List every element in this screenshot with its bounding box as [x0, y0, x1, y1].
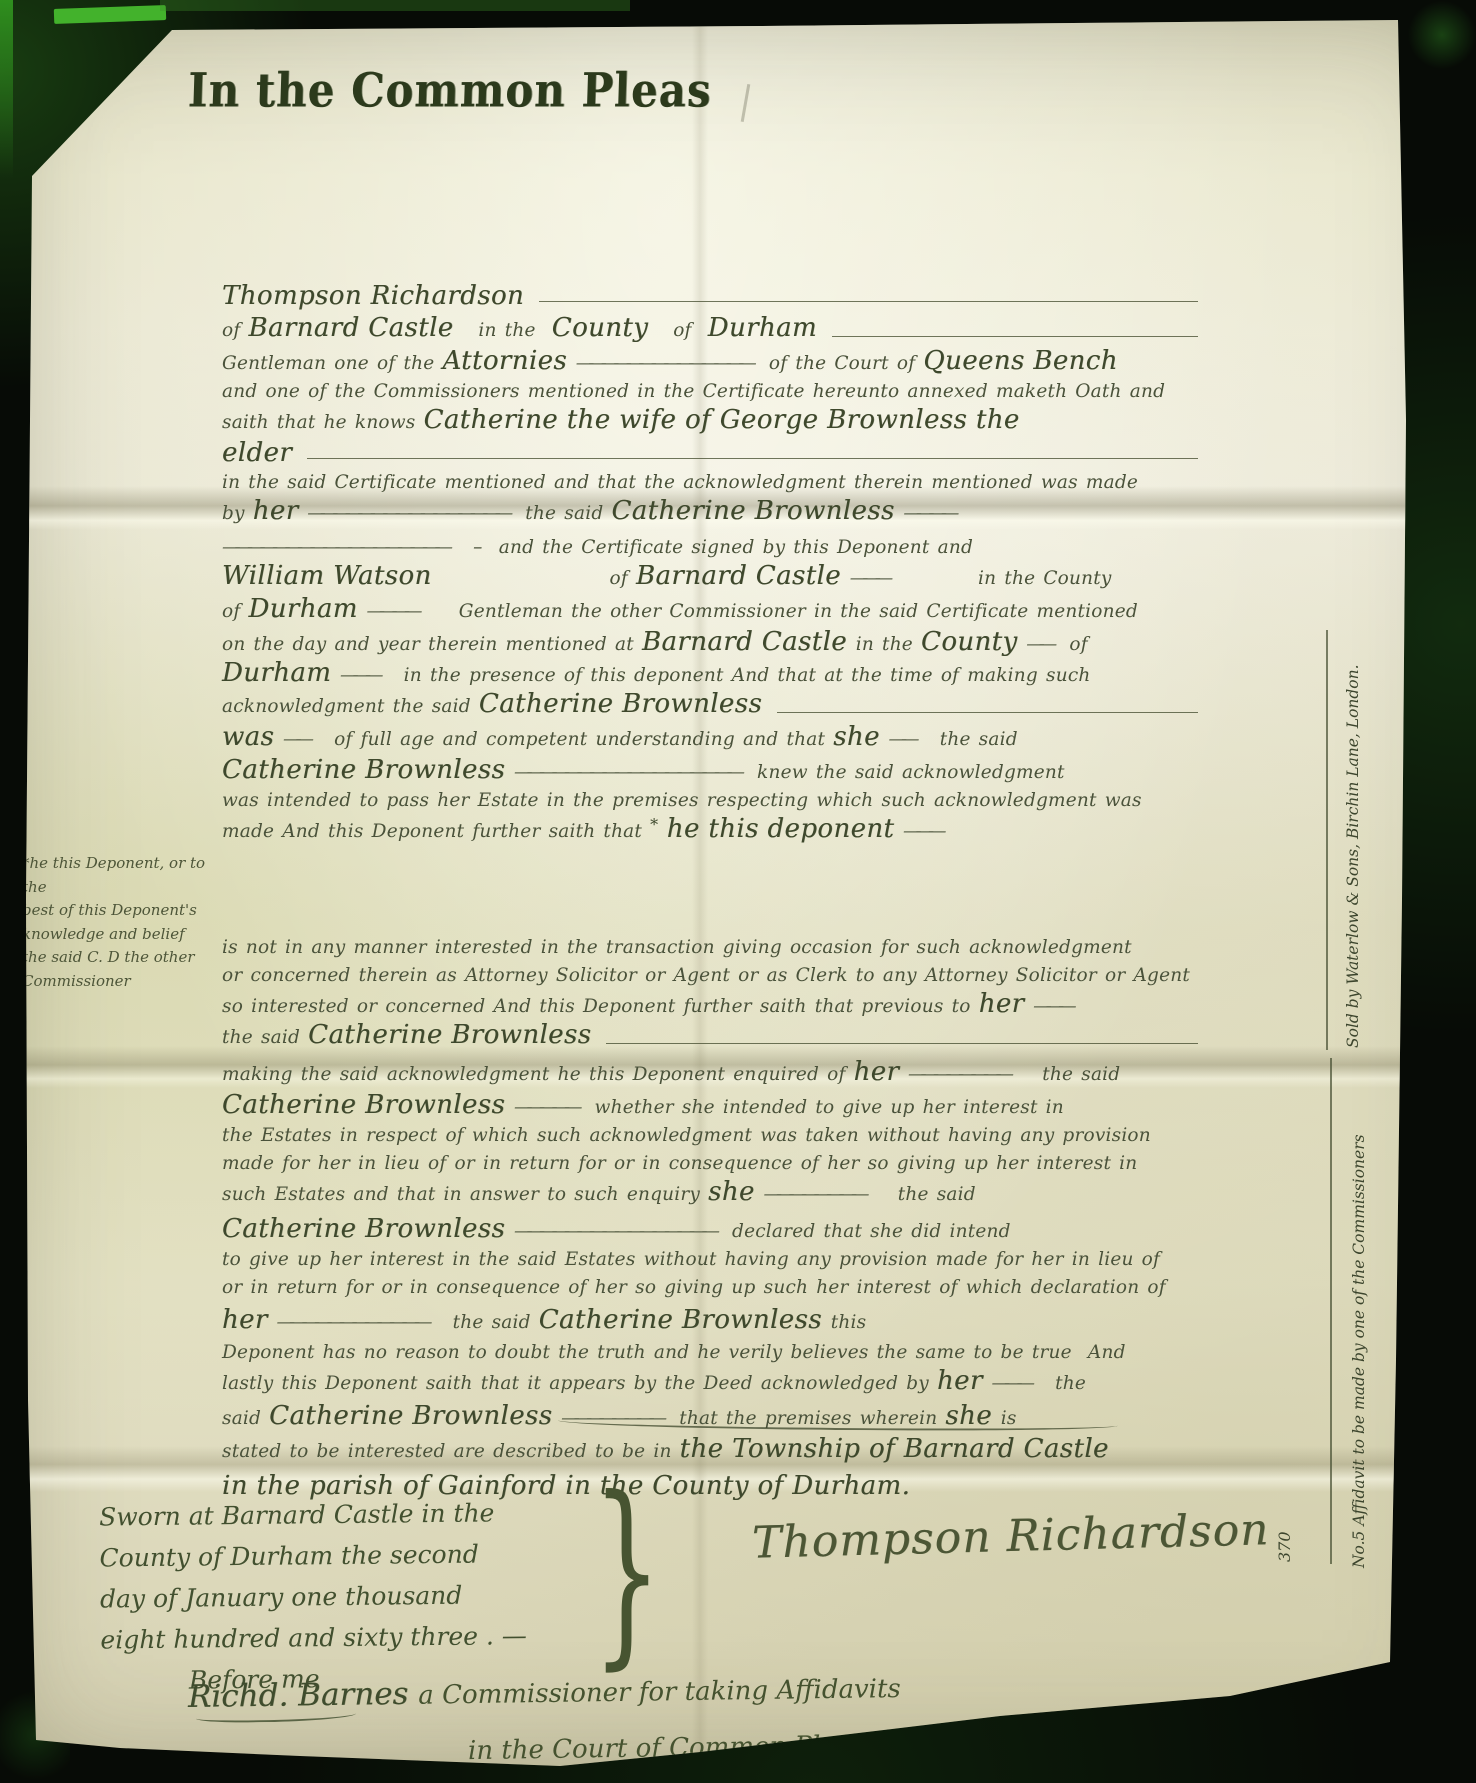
document-line: is not in any manner interested in the t… [222, 934, 1210, 962]
handwritten-text: Catherine Brownless [222, 1091, 514, 1119]
margin-note-line: Commissioner [22, 970, 218, 994]
printed-text: lastly this Deponent saith that it appea… [222, 1370, 937, 1398]
ruled-dash: ———————————— [276, 1309, 436, 1337]
handwritten-text: Barnard Castle [636, 562, 850, 590]
printed-text: this [831, 1309, 867, 1337]
ruled-dash: ———— [366, 598, 426, 626]
document-line: or in return for or in consequence of he… [222, 1274, 1210, 1302]
handwritten-text: Barnard Castle [248, 314, 462, 342]
printed-text: the Estates in respect of which such ack… [222, 1122, 1151, 1150]
printed-text: knew the said acknowledgment [749, 759, 1065, 787]
margin-rule [1326, 630, 1328, 1050]
document-line: on the day and year therein mentioned at… [222, 628, 1210, 659]
printed-text: to give up her interest in the said Esta… [222, 1246, 1160, 1274]
printed-text: in the presence of this deponent And tha… [388, 662, 1091, 690]
printed-text: Deponent has no reason to doubt the trut… [222, 1339, 1126, 1367]
printed-text: in the said Certificate mentioned and th… [222, 469, 1138, 497]
handwritten-text: Thompson Richardson [222, 282, 533, 310]
printed-text: was intended to pass her Estate in the p… [222, 787, 1142, 815]
printed-text: is not in any manner interested in the t… [222, 934, 1132, 962]
handwritten-text: her [979, 990, 1033, 1018]
ruled-dash: —— [889, 726, 924, 754]
document-line: William Watson of Barnard Castle ——— in … [222, 562, 1210, 593]
margin-note-line: knowledge and belief [22, 923, 218, 947]
printed-text: of [432, 565, 636, 593]
document-line: elder [222, 439, 1210, 467]
printed-text: or in return for or in consequence of he… [222, 1274, 1166, 1302]
handwritten-text: Catherine Brownless [611, 497, 903, 525]
printed-text: in the [462, 317, 552, 345]
curly-brace: } [592, 1472, 662, 1672]
document-line: was intended to pass her Estate in the p… [222, 787, 1210, 815]
ruled-dash: —————————————————— [222, 534, 457, 562]
document-line: such Estates and that in answer to such … [222, 1178, 1210, 1209]
asterisk-mark: * [650, 811, 658, 839]
printed-text: in the [856, 631, 921, 659]
margin-note: *he this Deponent, or to thebest of this… [22, 852, 218, 993]
handwritten-text: Catherine Brownless [222, 1215, 514, 1243]
handwritten-text: Catherine the wife of George Brownless t… [424, 406, 1020, 434]
handwritten-text: County [552, 314, 657, 342]
body-lines: Thompson Richardson of Barnard Castle in… [222, 282, 1210, 1500]
document-line: —————————————————— – and the Certificate… [222, 534, 1210, 562]
document-line: so interested or concerned And this Depo… [222, 990, 1210, 1021]
document-line: Catherine Brownless ————— whether she in… [222, 1091, 1210, 1122]
handwritten-text: Durham [708, 314, 826, 342]
handwritten-text: Durham [222, 659, 340, 687]
printed-text: of [222, 317, 248, 345]
handwritten-text: her [854, 1058, 908, 1086]
printed-text: by [222, 500, 253, 528]
printed-text: said [222, 1405, 269, 1433]
ruled-fill [777, 710, 1198, 713]
handwritten-text: William Watson [222, 562, 432, 590]
handwritten-text: Durham [248, 595, 366, 623]
printed-text: saith that he knows [222, 409, 424, 437]
paper-crimp [741, 84, 751, 122]
document-line: made for her in lieu of or in return for… [222, 1150, 1210, 1178]
sworn-clause-line: Sworn at Barnard Castle in the [99, 1491, 579, 1537]
printed-text: making the said acknowledgment he this D… [222, 1061, 854, 1089]
document-line: and one of the Commissioners mentioned i… [222, 378, 1210, 406]
printed-text: of the Court of [761, 350, 924, 378]
ruled-fill [307, 456, 1198, 459]
printed-text: the said [873, 1181, 975, 1209]
ruled-dash: ——— [991, 1370, 1039, 1398]
document-line: lastly this Deponent saith that it appea… [222, 1367, 1210, 1398]
printed-text: or concerned therein as Attorney Solicit… [222, 962, 1190, 990]
document-number: 370 [1276, 1531, 1294, 1562]
handwritten-text: elder [222, 439, 301, 467]
handwritten-text: Catherine Brownless [479, 690, 771, 718]
document-line: the said Catherine Brownless [222, 1021, 1210, 1052]
ruled-dash: —— [283, 726, 318, 754]
sworn-clause-line: County of Durham the second [99, 1532, 579, 1578]
deponent-signature: Thompson Richardson [751, 1505, 1270, 1569]
document-line: acknowledgment the said Catherine Brownl… [222, 690, 1210, 721]
scan-edge-artifact [54, 5, 166, 24]
handwritten-text: she [708, 1178, 763, 1206]
handwritten-text: Catherine Brownless [269, 1402, 561, 1430]
document-line: or concerned therein as Attorney Solicit… [222, 962, 1210, 990]
document-line: Durham ——— in the presence of this depon… [222, 659, 1210, 690]
document-line: of Durham ———— Gentleman the other Commi… [222, 595, 1210, 626]
printed-text: the said [924, 726, 1018, 754]
document-line: Catherine Brownless ———————————————— dec… [222, 1215, 1210, 1246]
margin-note-line: *he this Deponent, or to the [22, 852, 218, 899]
printed-text: and one of the Commissioners mentioned i… [222, 378, 1165, 406]
printed-text: the said [517, 500, 611, 528]
form-number-note: No.5 Affidavit to be made by one of the … [1350, 1134, 1368, 1568]
handwritten-text: her [253, 497, 307, 525]
document-line: her ———————————— the said Catherine Brow… [222, 1306, 1210, 1337]
printed-text: acknowledgment the said [222, 693, 479, 721]
handwritten-text: Attornies [442, 347, 575, 375]
document-line: made And this Deponent further saith tha… [222, 815, 1210, 846]
ruled-fill [606, 1041, 1198, 1044]
document-line: in the said Certificate mentioned and th… [222, 469, 1210, 497]
attestation-text: a Commissioner for taking Affidavits [418, 1674, 901, 1711]
handwritten-text: was [222, 723, 283, 751]
document-line: stated to be interested are described to… [222, 1435, 1210, 1466]
printed-text: Gentleman the other Commissioner in the … [426, 598, 1137, 626]
printed-text: of [657, 317, 708, 345]
printed-text: – and the Certificate signed by this Dep… [457, 534, 973, 562]
handwritten-text: her [937, 1367, 991, 1395]
printed-text: the said [436, 1309, 538, 1337]
document-line: saith that he knows Catherine the wife o… [222, 406, 1210, 437]
stationer-imprint: Sold by Waterlow & Sons, Birchin Lane, L… [1344, 664, 1362, 1048]
handwritten-text: Queens Bench [923, 347, 1118, 375]
printed-text: of [222, 598, 248, 626]
printed-text: in the County [897, 565, 1111, 593]
margin-note-line: the said C. D the other [22, 946, 218, 970]
printed-text: so interested or concerned And this Depo… [222, 993, 979, 1021]
parchment-sheet: In the Common Pleas Thompson Richardson … [0, 0, 1476, 1783]
document-line: Catherine Brownless —————————————————— k… [222, 756, 1210, 787]
printed-text: of full age and competent understanding … [318, 726, 833, 754]
printed-text: made for her in lieu of or in return for… [222, 1150, 1137, 1178]
ruled-dash: ———————————————— [307, 500, 517, 528]
printed-text: on the day and year therein mentioned at [222, 631, 642, 659]
handwritten-text: Catherine Brownless [222, 756, 514, 784]
ruled-fill [832, 334, 1198, 337]
ruled-dash: ——— [340, 662, 388, 690]
sworn-clause-line: day of January one thousand [100, 1573, 580, 1619]
attestation-court-line: in the Court of Common Pleas. — [468, 1729, 908, 1767]
printed-text: such Estates and that in answer to such … [222, 1181, 708, 1209]
document-line: of Barnard Castle in the County of Durha… [222, 314, 1210, 345]
sworn-clause-line: eight hundred and sixty three . — [100, 1614, 580, 1660]
document-line: the Estates in respect of which such ack… [222, 1122, 1210, 1150]
handwritten-text: her [222, 1306, 276, 1334]
printed-text: declared that she did intend [724, 1218, 1011, 1246]
document-line: was —— of full age and competent underst… [222, 723, 1210, 754]
ruled-fill [539, 299, 1198, 302]
document-line: making the said acknowledgment he this D… [222, 1058, 1210, 1089]
ruled-dash: —————————————————— [514, 759, 749, 787]
court-heading: In the Common Pleas [187, 63, 712, 118]
document-line: Thompson Richardson [222, 282, 1210, 310]
printed-text: whether she intended to give up her inte… [586, 1094, 1063, 1122]
document-line: to give up her interest in the said Esta… [222, 1246, 1210, 1274]
document-line: Deponent has no reason to doubt the trut… [222, 1339, 1210, 1367]
ruled-dash: ——— [903, 818, 951, 846]
ruled-dash: —— [1026, 631, 1061, 659]
handwritten-text: she [833, 723, 888, 751]
ruled-dash: ——— [850, 565, 898, 593]
ruled-dash: ———————— [908, 1061, 1018, 1089]
printed-text: the [1039, 1370, 1086, 1398]
handwritten-text: Catherine Brownless [308, 1021, 600, 1049]
handwritten-text: County [921, 628, 1026, 656]
printed-text: Gentleman one of the [222, 350, 442, 378]
document-line: Gentleman one of the Attornies —————————… [222, 347, 1210, 378]
scan-edge-artifact [0, 0, 13, 178]
ruled-dash: ———— [903, 500, 963, 528]
ruled-dash: ——— [1033, 993, 1081, 1021]
scanned-document: In the Common Pleas Thompson Richardson … [0, 0, 1476, 1783]
handwritten-text: Catherine Brownless [539, 1306, 831, 1334]
handwritten-text: he this deponent [658, 815, 903, 843]
scan-edge-artifact [160, 0, 630, 11]
printed-text: of [1061, 631, 1087, 659]
document-line: by her ———————————————— the said Catheri… [222, 497, 1210, 528]
scan-edge-artifact [1408, 0, 1476, 70]
margin-rule [1330, 1058, 1332, 1564]
handwritten-text: Barnard Castle [642, 628, 856, 656]
signature-flourish [196, 1709, 356, 1724]
handwritten-text: the Township of Barnard Castle [680, 1435, 1109, 1463]
ruled-dash: ————— [514, 1094, 587, 1122]
sworn-clause: Sworn at Barnard Castle in theCounty of … [99, 1491, 581, 1701]
printed-text: the said [222, 1024, 308, 1052]
ruled-dash: ———————— [763, 1181, 873, 1209]
ruled-dash: ———————————————— [514, 1218, 724, 1246]
ruled-dash: —————————————— [576, 350, 761, 378]
printed-text: made And this Deponent further saith tha… [222, 818, 650, 846]
printed-text: the said [1018, 1061, 1120, 1089]
margin-note-line: best of this Deponent's [22, 899, 218, 923]
